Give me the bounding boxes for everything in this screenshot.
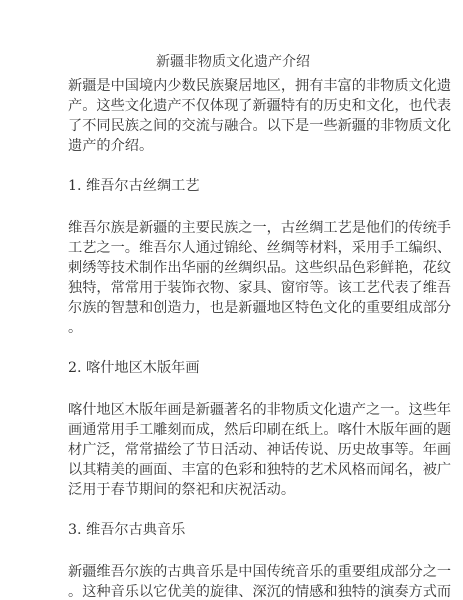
text-line: 独特，常常用于装饰衣物、家具、窗帘等。该工艺代表了维吾 — [68, 278, 398, 298]
text-line: 尔族的智慧和创造力，也是新疆地区特色文化的重要组成部分 — [68, 298, 398, 318]
section-heading: 1. 维吾尔古丝绸工艺 — [68, 176, 398, 196]
section-paragraph: 新疆维吾尔族的古典音乐是中国传统音乐的重要组成部分之一 。这种音乐以它优美的旋律… — [68, 562, 398, 600]
text-line: 新疆是中国境内少数民族聚居地区，拥有丰富的非物质文化遗 — [68, 76, 398, 96]
text-line: 了不同民族之间的交流与融合。以下是一些新疆的非物质文化 — [68, 116, 398, 136]
text-line: 工艺之一。维吾尔人通过锦纶、丝绸等材料，采用手工编织、 — [68, 238, 398, 258]
intro-paragraph: 新疆是中国境内少数民族聚居地区，拥有丰富的非物质文化遗 产。这些文化遗产不仅体现… — [68, 76, 398, 156]
text-line: 材广泛，常常描绘了节日活动、神话传说、历史故事等。年画 — [68, 440, 398, 460]
text-line: 泛用于春节期间的祭祀和庆祝活动。 — [68, 480, 398, 500]
text-line: 。 — [68, 318, 398, 338]
document-title: 新疆非物质文化遗产介绍 — [68, 52, 398, 72]
text-line: 遗产的介绍。 — [68, 136, 398, 156]
section-heading: 3. 维吾尔古典音乐 — [68, 520, 398, 540]
text-line: 维吾尔族是新疆的主要民族之一，古丝绸工艺是他们的传统手 — [68, 218, 398, 238]
section-paragraph: 喀什地区木版年画是新疆著名的非物质文化遗产之一。这些年 画通常用手工雕刻而成，然… — [68, 400, 398, 500]
text-line: 以其精美的画面、丰富的色彩和独特的艺术风格而闻名，被广 — [68, 460, 398, 480]
text-line: 。这种音乐以它优美的旋律、深沉的情感和独特的演奏方式而 — [68, 582, 398, 600]
text-line: 刺绣等技术制作出华丽的丝绸织品。这些织品色彩鲜艳，花纹 — [68, 258, 398, 278]
section-paragraph: 维吾尔族是新疆的主要民族之一，古丝绸工艺是他们的传统手 工艺之一。维吾尔人通过锦… — [68, 218, 398, 338]
text-line: 喀什地区木版年画是新疆著名的非物质文化遗产之一。这些年 — [68, 400, 398, 420]
text-line: 新疆维吾尔族的古典音乐是中国传统音乐的重要组成部分之一 — [68, 562, 398, 582]
text-line: 画通常用手工雕刻而成，然后印刷在纸上。喀什木版年画的题 — [68, 420, 398, 440]
document-page: 新疆非物质文化遗产介绍 新疆是中国境内少数民族聚居地区，拥有丰富的非物质文化遗 … — [68, 52, 398, 600]
section-heading: 2. 喀什地区木版年画 — [68, 358, 398, 378]
text-line: 产。这些文化遗产不仅体现了新疆特有的历史和文化，也代表 — [68, 96, 398, 116]
